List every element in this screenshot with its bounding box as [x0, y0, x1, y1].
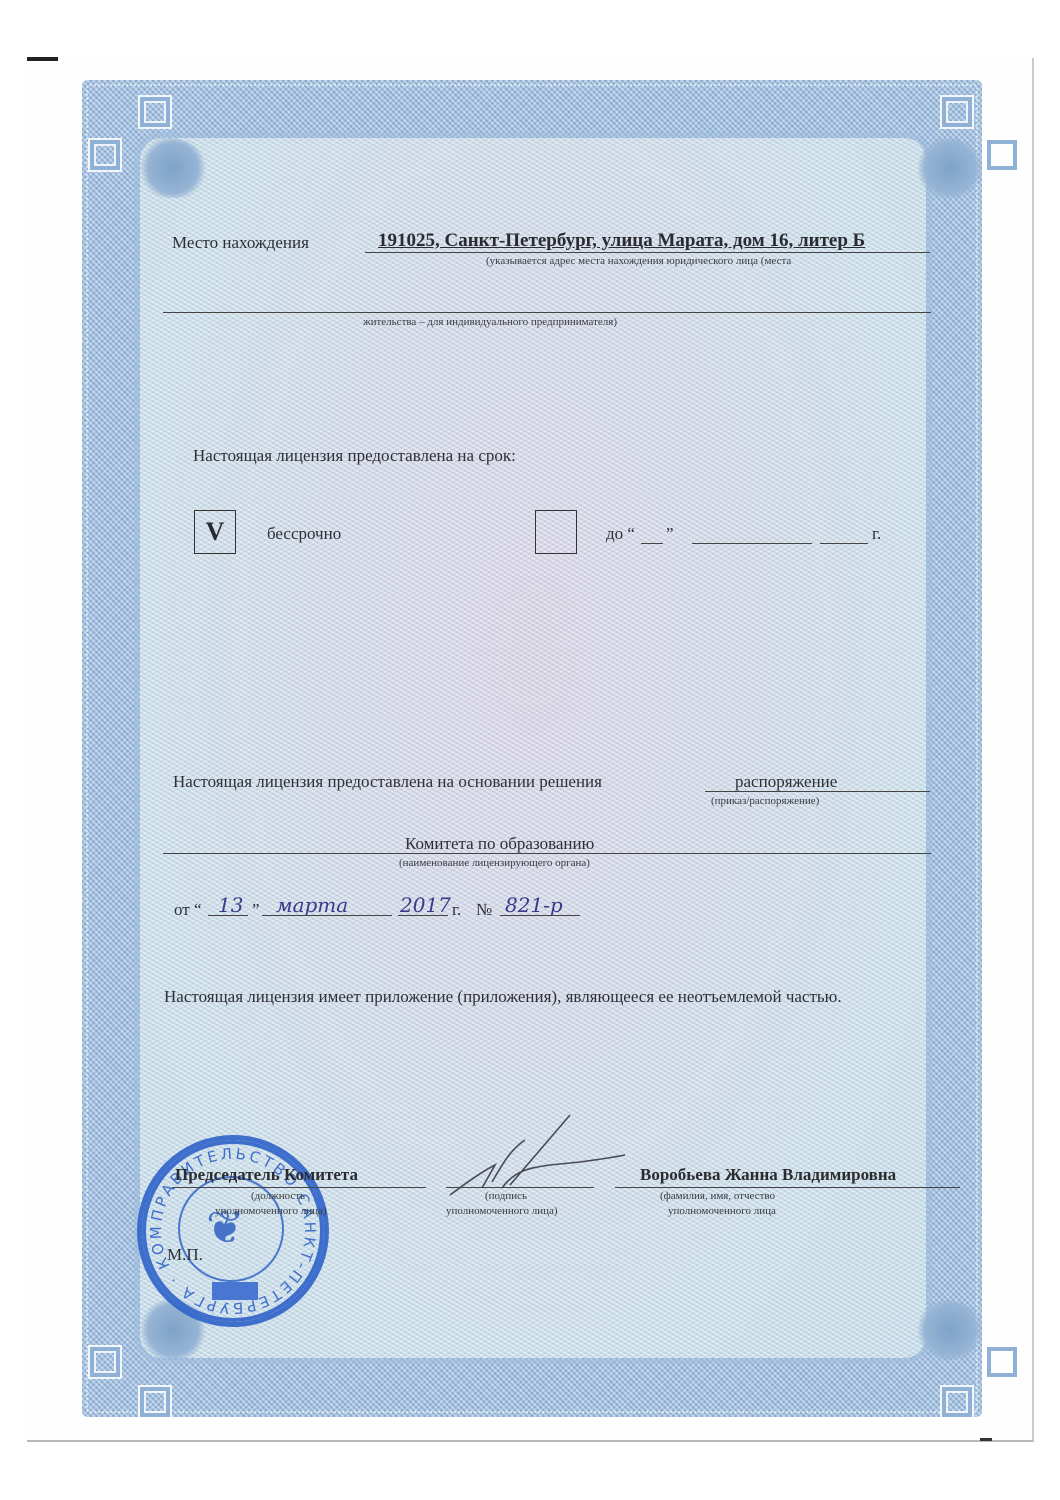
date-year-suffix: г.	[452, 900, 461, 920]
checkbox-indefinite[interactable]: V	[194, 510, 236, 554]
option-indefinite-label: бессрочно	[267, 524, 341, 544]
location-underline	[365, 252, 930, 253]
date-prefix: от “	[174, 900, 202, 920]
until-year-line[interactable]	[820, 543, 868, 544]
location-underline-2	[163, 312, 931, 313]
border-ornament-icon	[940, 1385, 974, 1419]
date-month-underline	[262, 915, 392, 916]
decision-type-value: распоряжение	[735, 772, 837, 792]
seal-number-block	[212, 1282, 258, 1300]
basis-label: Настоящая лицензия предоставлена на осно…	[173, 772, 602, 792]
seal-label: М.П.	[167, 1245, 203, 1265]
check-mark-icon: V	[206, 517, 225, 547]
until-month-line[interactable]	[692, 543, 812, 544]
position-value: Председатель Комитета	[175, 1165, 358, 1185]
position-caption-1: (должность	[251, 1190, 305, 1202]
decision-type-caption: (приказ/распоряжение)	[711, 795, 819, 807]
signature-caption-2: уполномоченного лица)	[446, 1205, 558, 1217]
border-ornament-icon	[940, 95, 974, 129]
border-ornament-icon	[985, 138, 1019, 172]
location-label: Место нахождения	[172, 233, 309, 253]
scan-edge-mark-bottom	[980, 1438, 992, 1441]
decision-number-underline	[500, 915, 580, 916]
authority-underline	[163, 853, 931, 854]
number-prefix: №	[476, 900, 492, 920]
date-day: 13	[218, 893, 243, 917]
appendix-note: Настоящая лицензия имеет приложение (при…	[164, 987, 842, 1007]
location-value: 191025, Санкт-Петербург, улица Марата, д…	[378, 230, 865, 252]
official-seal: ПРАВИТЕЛЬСТВО САНКТ-ПЕТЕРБУРГА · КОМИТЕТ…	[137, 1135, 329, 1327]
scan-edge-mark	[27, 57, 58, 61]
border-ornament-icon	[88, 138, 122, 172]
border-ornament-icon	[88, 1345, 122, 1379]
date-month: марта	[276, 893, 348, 917]
until-day-line[interactable]	[641, 543, 663, 544]
position-caption-2: уполномоченного лица)	[215, 1205, 327, 1217]
decision-type-underline	[705, 791, 930, 792]
term-heading: Настоящая лицензия предоставлена на срок…	[193, 446, 516, 466]
border-ornament-icon	[138, 95, 172, 129]
date-year: 2017	[400, 893, 451, 917]
date-year-underline	[398, 915, 448, 916]
date-day-underline	[208, 915, 248, 916]
until-quote-close: ”	[666, 524, 674, 544]
checkbox-until-date[interactable]	[535, 510, 577, 554]
location-caption-2: жительства – для индивидуального предпри…	[363, 316, 617, 328]
until-year-suffix: г.	[872, 524, 881, 544]
date-quote-close: ”	[252, 900, 260, 920]
location-caption-1: (указывается адрес места нахождения юрид…	[486, 255, 791, 267]
name-caption-2: уполномоченного лица	[668, 1205, 776, 1217]
decision-number: 821-р	[505, 893, 563, 917]
signature-caption-1: (подпись	[485, 1190, 527, 1202]
full-name-value: Воробьева Жанна Владимировна	[640, 1165, 896, 1185]
border-ornament-icon	[138, 1385, 172, 1419]
signature-underline	[446, 1187, 594, 1188]
full-name-underline	[615, 1187, 960, 1188]
authority-caption: (наименование лицензирующего органа)	[399, 857, 590, 869]
position-underline	[172, 1187, 426, 1188]
until-prefix: до “	[606, 524, 635, 544]
authority-value: Комитета по образованию	[405, 834, 594, 854]
border-ornament-icon	[985, 1345, 1019, 1379]
name-caption-1: (фамилия, имя, отчество	[660, 1190, 775, 1202]
